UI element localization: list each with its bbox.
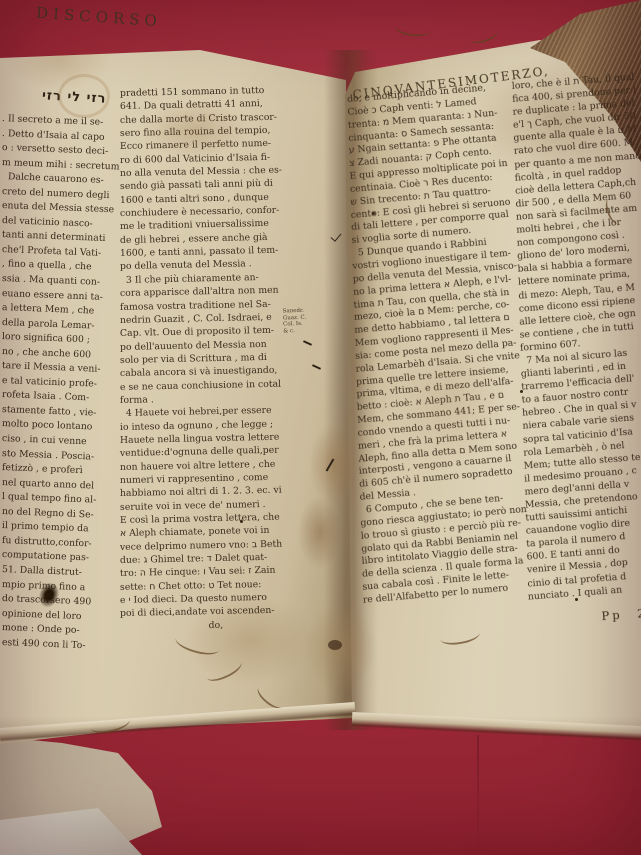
signature-mark: Pp 2 [601, 606, 641, 623]
ink-smudge [140, 100, 250, 160]
worm-hole [328, 640, 342, 650]
faint-stain [390, 330, 510, 470]
gutter-tear [300, 600, 380, 720]
left-page-column-1: . Il secreto a me il se-. Detto d'Isaia … [2, 112, 120, 650]
fly-speck [240, 520, 243, 523]
fly-speck [372, 212, 375, 215]
right-page-column-2: loro, che è il ת Tau, il qualfica 400, s… [512, 75, 641, 603]
gutter-damage-patch [292, 420, 362, 570]
text-line: & c. [283, 327, 313, 335]
fly-speck [520, 390, 523, 393]
ring-stain [58, 74, 110, 118]
margin-note: Sanedr.Guaz. C.Col. Is.& c. [283, 307, 314, 334]
fly-speck [575, 598, 578, 601]
book-photograph: DISCORSO CINQVANTESIMOTERZO, רזי לי רזי … [0, 0, 641, 855]
cloth-crease [477, 735, 479, 855]
